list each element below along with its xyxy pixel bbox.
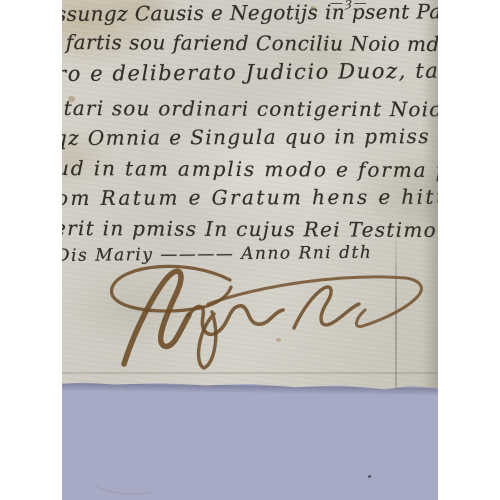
manuscript-line-4: itari sou ordinari contigerint Noio [62,96,438,121]
manuscript-line-8: erit in pmiss In cujus Rei Testimo [62,216,437,242]
auction-photo-canvas: —ȝ— ssungz Causis e Negotijs in psent Pa… [0,0,500,500]
manuscript-line-6: ud in tam amplis modo e forma pr [62,156,438,182]
signature-cross-sweep [208,277,421,327]
manuscript-line-5: qz Omnia e Singula quo in pmiss no [62,124,438,150]
manuscript-line-1: ssungz Causis e Negotijs in psent Par [62,0,438,26]
backdrop-scratch-mark [89,468,157,498]
manuscript-line-2: i fartis sou fariend Conciliu Noio mdo [62,30,438,56]
manuscript-line-7: om Ratum e Gratum hens e hitur [62,185,438,210]
signature-ter [294,287,359,328]
backdrop-speck [368,475,371,478]
signature-flourish [62,252,438,382]
signature-main-stroke [124,271,189,364]
manuscript-line-3: ro e deliberato Judicio Duoz, tam [62,58,438,86]
manuscript-photo: —ȝ— ssungz Causis e Negotijs in psent Pa… [62,0,438,500]
parchment-page: —ȝ— ssungz Causis e Negotijs in psent Pa… [62,0,438,394]
